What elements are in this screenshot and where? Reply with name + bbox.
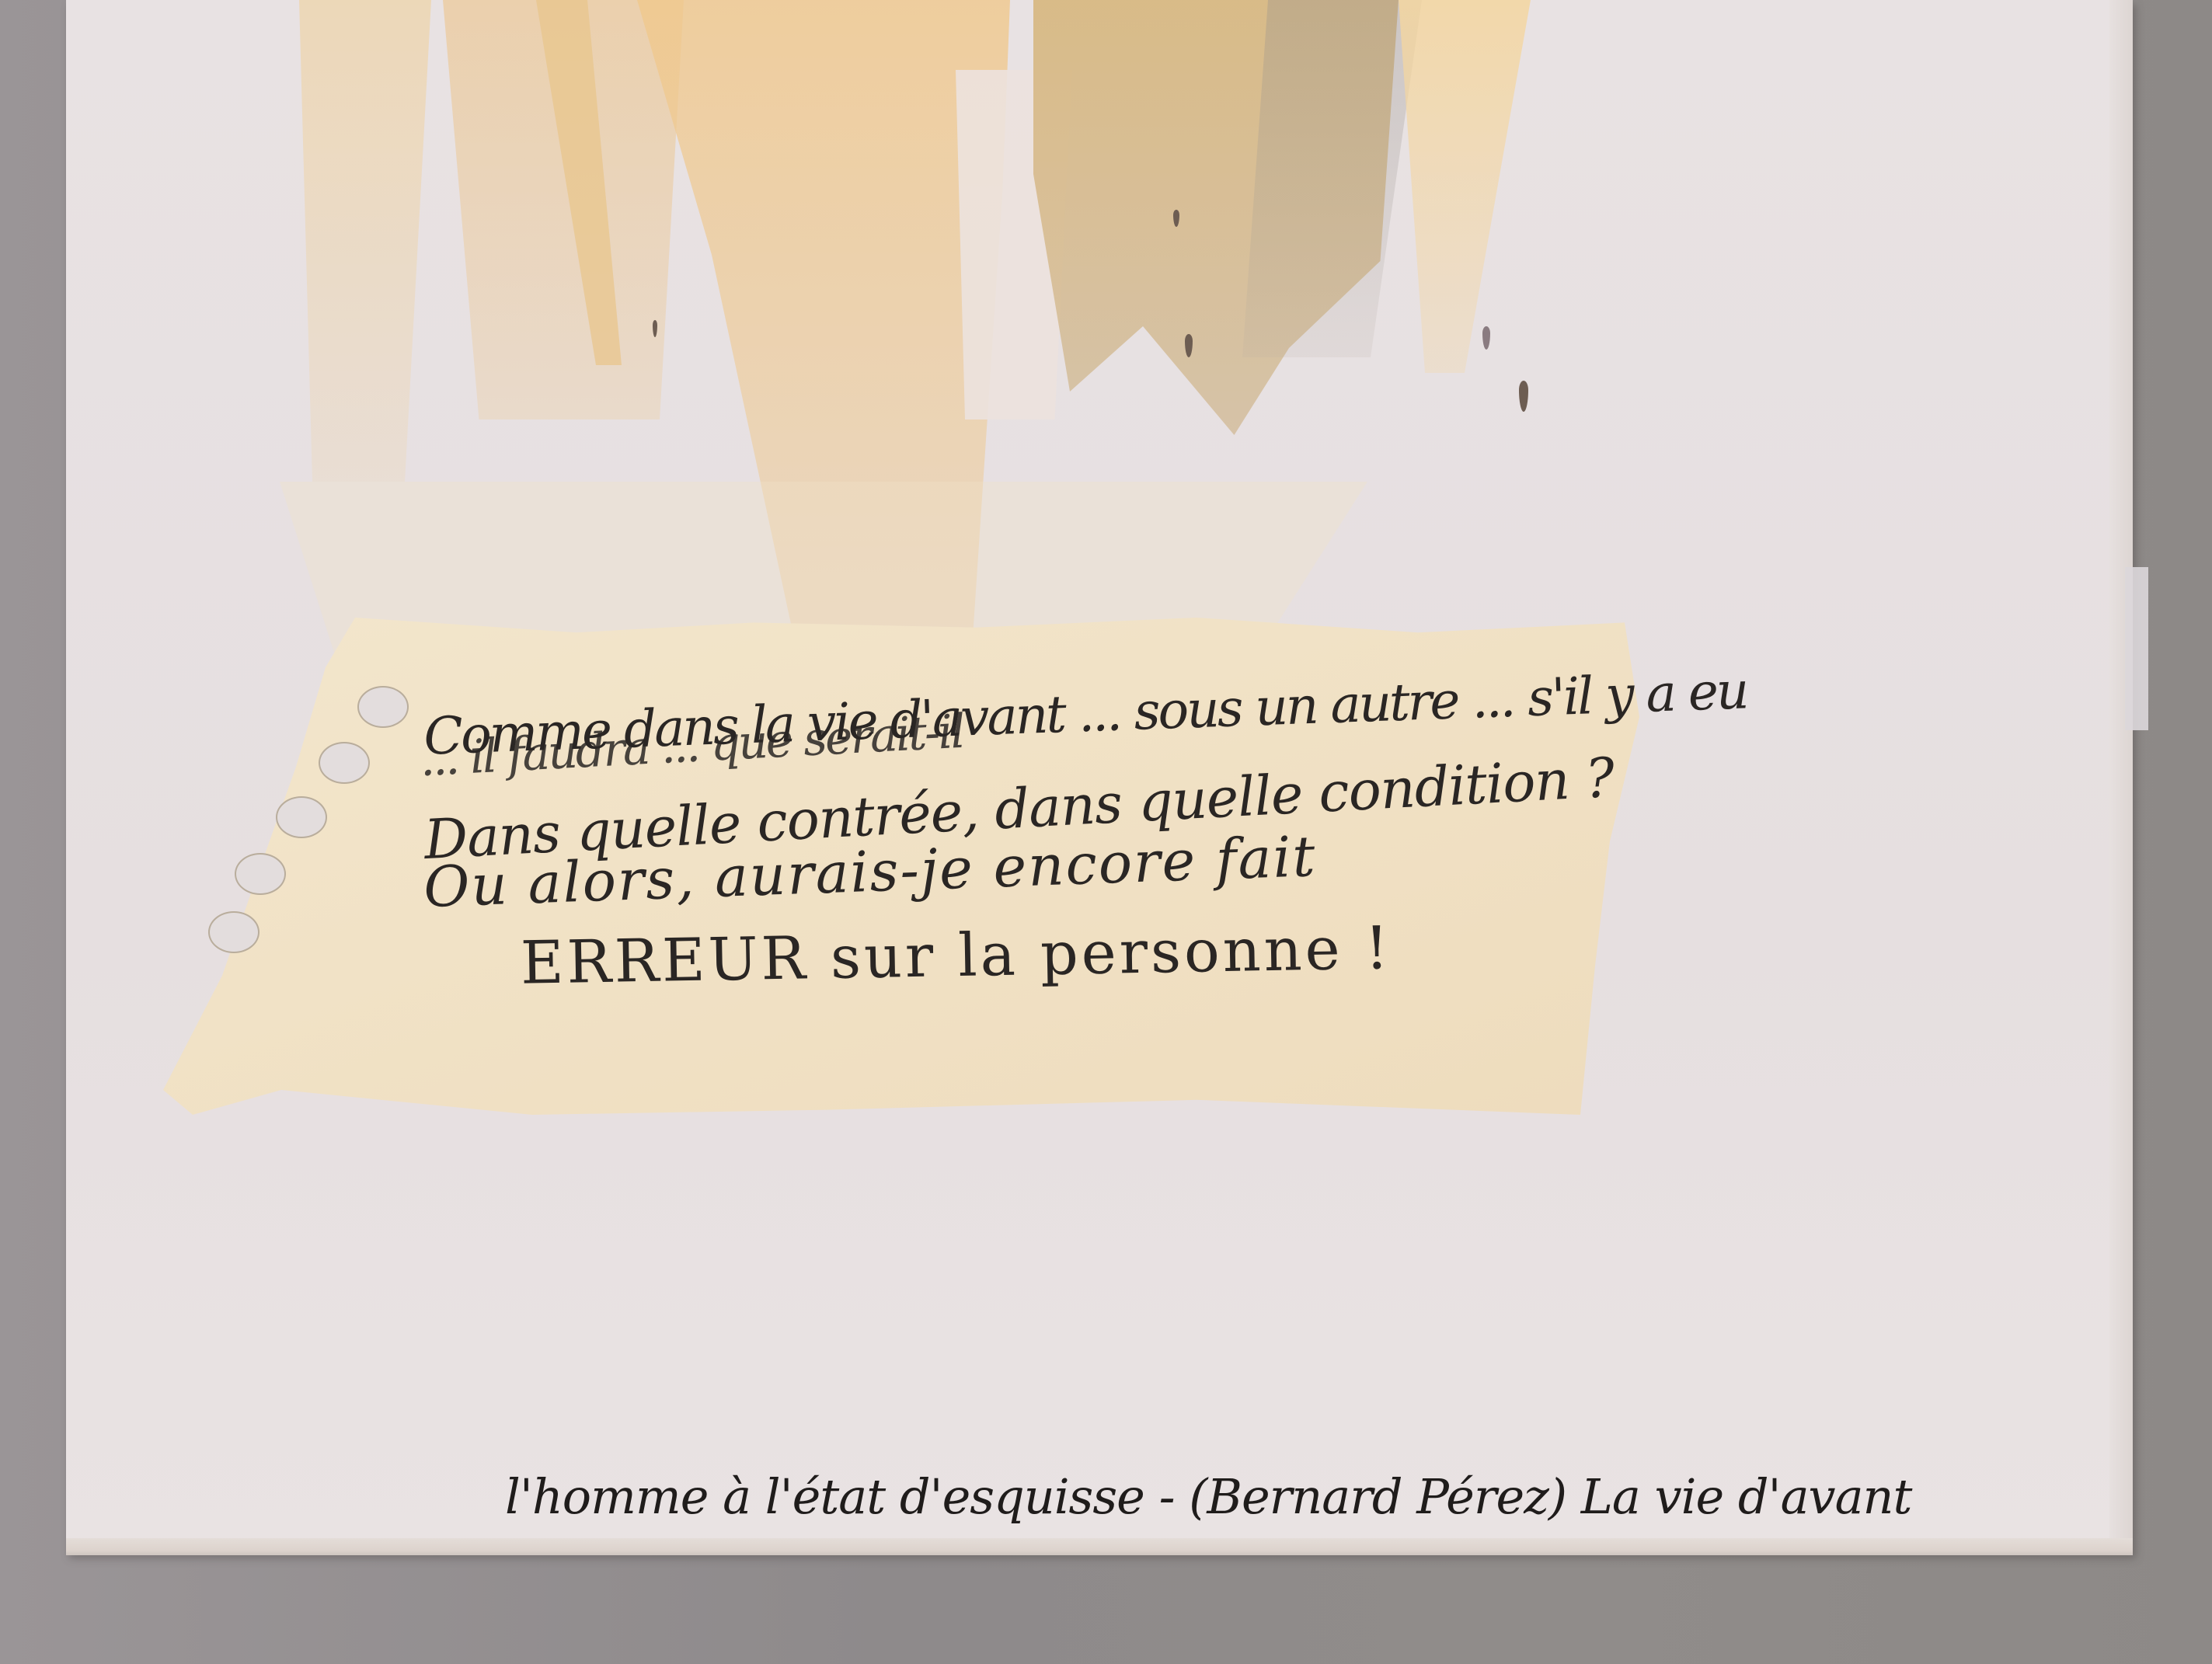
punch-hole xyxy=(235,853,286,895)
punch-hole xyxy=(276,796,327,838)
artwork-caption: l'homme à l'état d'esquisse - (Bernard P… xyxy=(505,1468,1911,1525)
punch-hole xyxy=(319,742,370,784)
punch-hole xyxy=(357,686,409,728)
canvas-bottom-edge xyxy=(66,1538,2133,1555)
punch-hole xyxy=(208,911,260,953)
canvas-right-edge xyxy=(2109,0,2133,1554)
tape-strip xyxy=(2125,567,2148,730)
